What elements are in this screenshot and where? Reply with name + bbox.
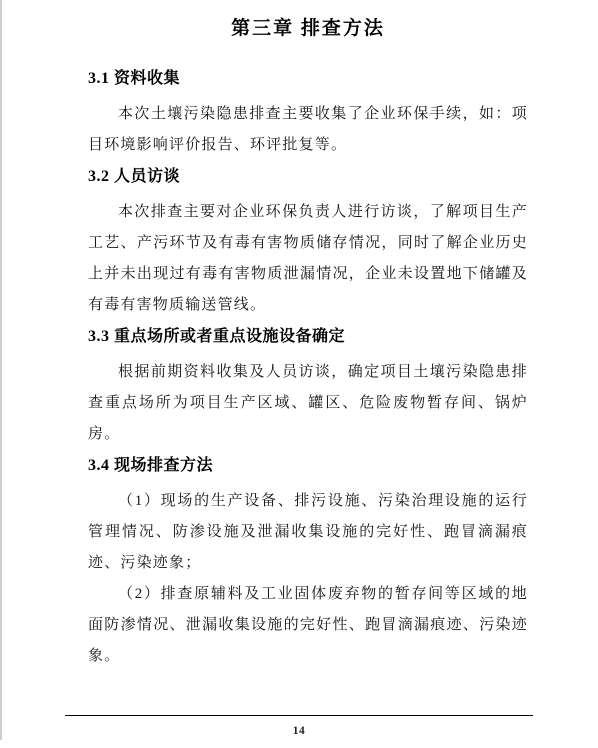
section-heading-3-4: 3.4 现场排查方法 [88,456,528,476]
paragraph: 本次土壤污染隐患排查主要收集了企业环保手续，如：项目环境影响评价报告、环评批复等… [88,99,528,161]
page-edge-line [0,0,2,740]
chapter-title: 第三章 排查方法 [88,18,528,41]
paragraph-item-1: （1）现场的生产设备、排污设施、污染治理设施的运行管理情况、防渗设施及泄漏收集设… [88,486,528,579]
paragraph: 根据前期资料收集及人员访谈，确定项目土壤污染隐患排查重点场所为项目生产区域、罐区… [88,357,528,450]
paragraph: 本次排查主要对企业环保负责人进行访谈，了解项目生产工艺、产污环节及有毒有害物质储… [88,197,528,321]
page-content: 第三章 排查方法 3.1 资料收集 本次土壤污染隐患排查主要收集了企业环保手续，… [0,0,598,672]
section-heading-3-2: 3.2 人员访谈 [88,167,528,187]
section-heading-3-1: 3.1 资料收集 [88,69,528,89]
section-site-inspection-method: 3.4 现场排查方法 （1）现场的生产设备、排污设施、污染治理设施的运行管理情况… [88,456,528,672]
section-heading-3-3: 3.3 重点场所或者重点设施设备确定 [88,327,528,347]
document-page: 第三章 排查方法 3.1 资料收集 本次土壤污染隐患排查主要收集了企业环保手续，… [0,0,598,672]
paragraph-item-2: （2）排查原辅料及工业固体废弃物的暂存间等区域的地面防渗情况、泄漏收集设施的完好… [88,579,528,672]
section-key-sites: 3.3 重点场所或者重点设施设备确定 根据前期资料收集及人员访谈，确定项目土壤污… [88,327,528,450]
footer-divider [65,715,533,716]
section-data-collection: 3.1 资料收集 本次土壤污染隐患排查主要收集了企业环保手续，如：项目环境影响评… [88,69,528,161]
page-number: 14 [0,725,598,737]
section-personnel-interview: 3.2 人员访谈 本次排查主要对企业环保负责人进行访谈，了解项目生产工艺、产污环… [88,167,528,321]
